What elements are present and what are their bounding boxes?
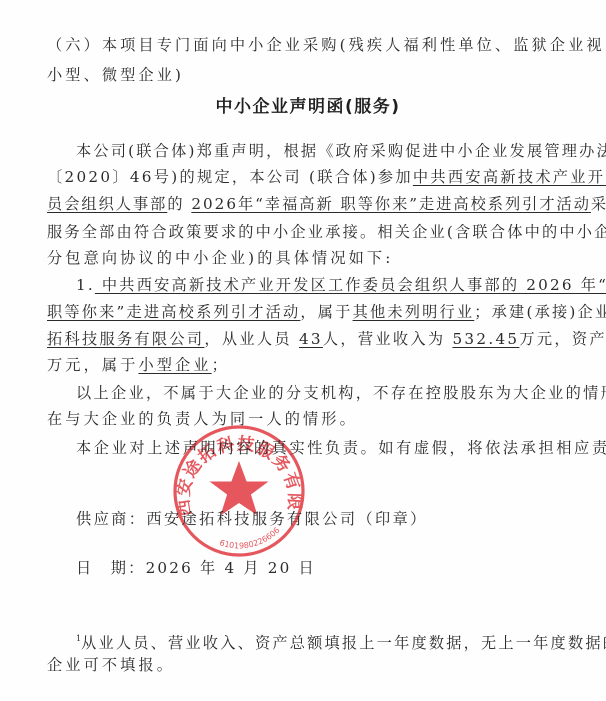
item1-text-f: 万元，属于	[47, 356, 138, 374]
purchaser-name-part2: 员会组织人事部	[47, 195, 167, 213]
para1-line-2-text: 〔2020〕46号)的规定，本公司 (联合体)参加	[47, 168, 413, 186]
footnote-line-2: 企业可不填报。	[47, 655, 577, 675]
contractor-name-part2: 拓科技服务有限公司	[47, 330, 204, 348]
supplier-name: 西安途拓科技服务有限公司（印章）	[146, 510, 427, 528]
page-title: 中小企业声明函(服务)	[0, 92, 606, 117]
para2-line-1: 以上企业，不属于大企业的分支机构，不存在控股股东为大企业的情形，也不存	[76, 383, 606, 403]
para1-line-5: 分包意向协议的中小企业)的具体情况如下:	[47, 248, 577, 268]
para1-line-1: 本公司(联合体)郑重声明，根据《政府采购促进中小企业发展管理办法》(财库	[76, 141, 606, 161]
purchaser-name-part1: 中共西安高新技术产业开发区工作委	[413, 168, 606, 186]
para1-line-2: 〔2020〕46号)的规定，本公司 (联合体)参加中共西安高新技术产业开发区工作…	[47, 167, 577, 187]
item1-text-a: ，属于	[300, 303, 352, 321]
item1-line-3: 拓科技服务有限公司，从业人员 43人，营业收入为 532.45万元，资产总额为 …	[47, 329, 577, 349]
item1-text-c: ，从业人员	[204, 330, 299, 348]
item1-text-g: ；	[212, 356, 230, 374]
item1-line-2: 职等你来”走进高校系列引才活动，属于其他未列明行业；承建(承接)企业为西安途	[47, 302, 577, 322]
date-value: 2026 年 4 月 20 日	[146, 559, 316, 577]
para1-connector: 的	[167, 195, 191, 213]
supplier-line: 供应商：西安途拓科技服务有限公司（印章）	[76, 509, 606, 529]
item1-line-1: 1. 中共西安高新技术产业开发区工作委员会组织人事部的 2026 年“幸福高新	[76, 275, 606, 295]
project-name: 2026年“幸福高新 职等你来”走进高校系列引才活动	[191, 195, 591, 213]
item1-project: 职等你来”走进高校系列引才活动	[47, 303, 300, 321]
item-number: 1.	[76, 276, 95, 294]
footnote-line-1: 1从业人员、营业收入、资产总额填报上一年度数据，无上一年度数据的新成立	[76, 629, 606, 653]
revenue-value: 532.45	[452, 330, 519, 348]
supplier-label: 供应商：	[76, 510, 146, 528]
intro-line-1: （六）本项目专门面向中小企业采购(残疾人福利性单位、监狱企业视同	[47, 35, 577, 55]
item1-text-d: 人，营业收入为	[323, 330, 453, 348]
para2-line-2: 在与大企业的负责人为同一人的情形。	[47, 409, 577, 429]
enterprise-type-value: 小型企业	[138, 356, 211, 374]
footnote-text-1: 从业人员、营业收入、资产总额填报上一年度数据，无上一年度数据的新成立	[81, 634, 606, 652]
para1-line-4: 服务全部由符合政策要求的中小企业承接。相关企业(含联合体中的中小企业、签订	[47, 222, 577, 242]
para1-line-3: 员会组织人事部的 2026年“幸福高新 职等你来”走进高校系列引才活动采购活动，	[47, 194, 577, 214]
para3-line: 本企业对上述声明内容的真实性负责。如有虚假，将依法承担相应责任。	[76, 438, 606, 458]
item1-text-e: 万元，资产总额为	[519, 330, 606, 348]
item1-line-4: 万元，属于小型企业；	[47, 355, 577, 375]
intro-line-2: 小型、微型企业)	[47, 65, 577, 85]
para1-line-3-end: 采购活动，	[591, 195, 606, 213]
item1-purchaser: 中共西安高新技术产业开发区工作委员会组织人事部的 2026 年“幸福高新	[95, 276, 606, 294]
employees-value: 43	[299, 330, 323, 348]
item1-text-b: ；承建(承接)企业为	[474, 303, 606, 321]
document-page: 西安途拓科技服务有限公司 6101980226606 （六）本项目专门面向中小企…	[0, 0, 606, 701]
industry-value: 其他未列明行业	[353, 303, 475, 321]
date-label: 日 期：	[76, 559, 146, 577]
date-line: 日 期：2026 年 4 月 20 日	[76, 558, 606, 578]
